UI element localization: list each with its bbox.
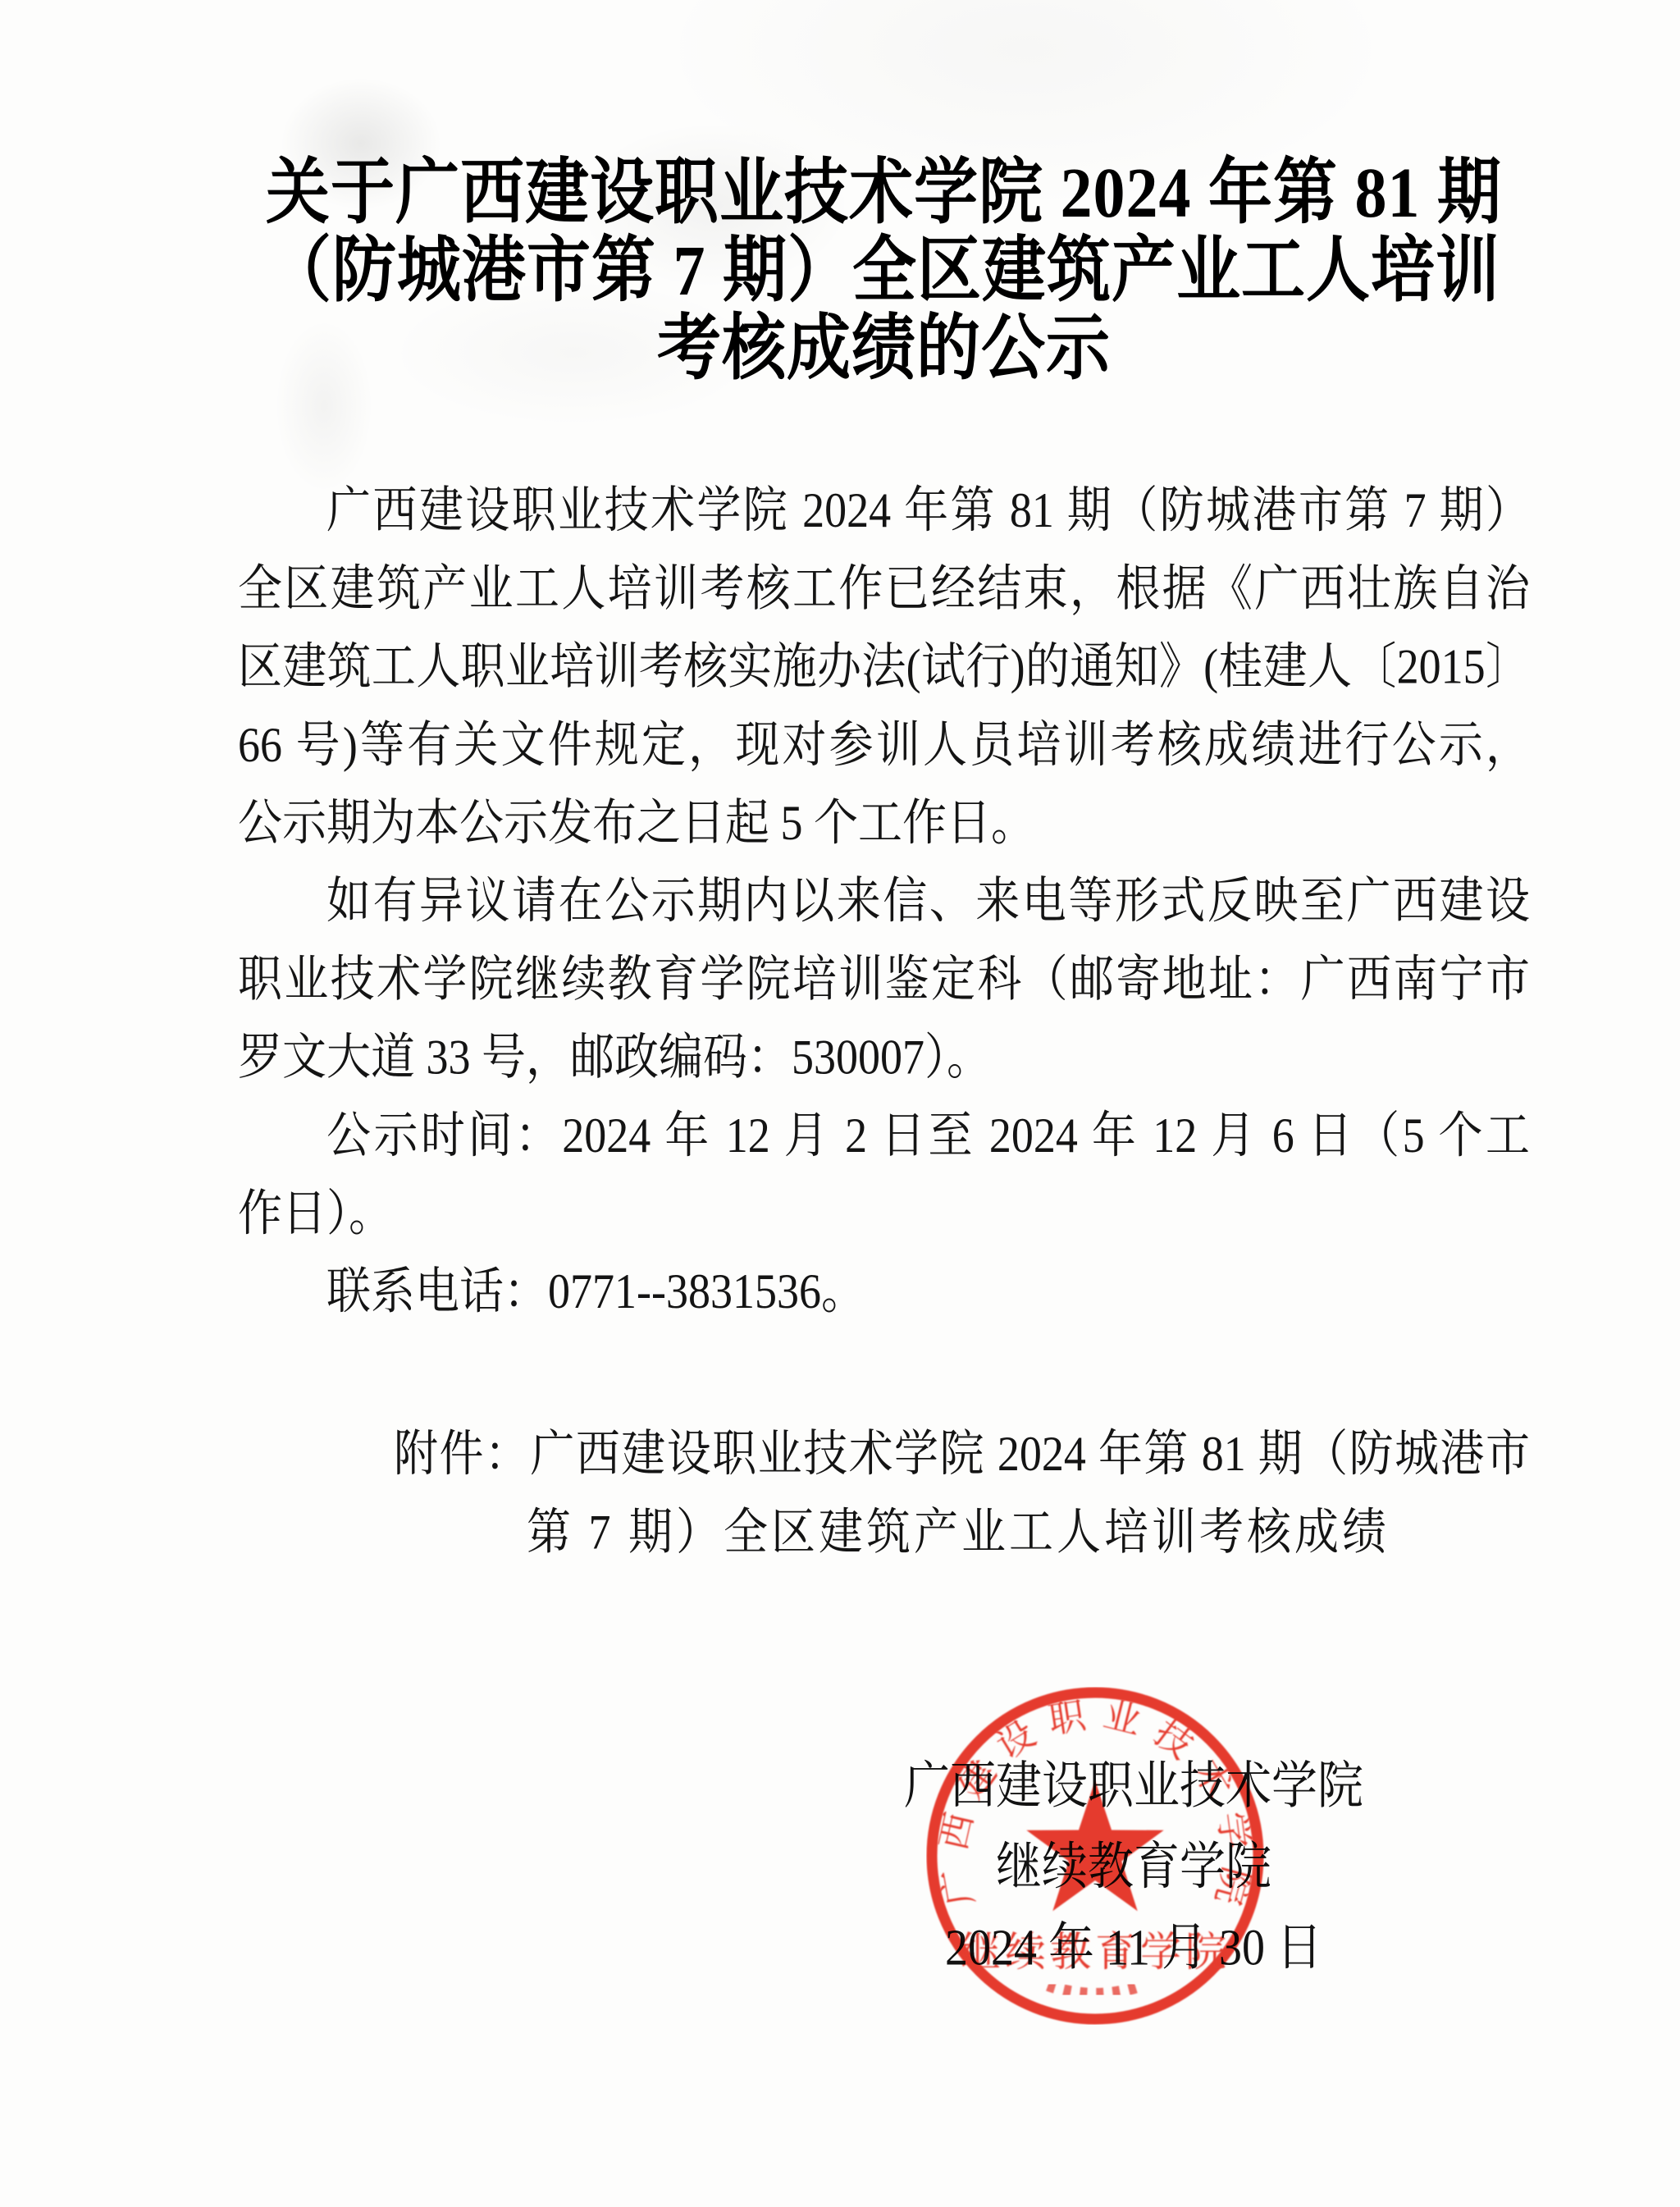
attachment-line-1: 附件：广西建设职业技术学院 2024 年第 81 期（防城港市 bbox=[238, 1415, 1530, 1493]
paragraph3-line2: 作日）。 bbox=[238, 1175, 1530, 1253]
paragraph2-line2: 职业技术学院继续教育学院培训鉴定科（邮寄地址：广西南宁市 bbox=[238, 940, 1530, 1018]
official-seal-stamp: 广西建设职业技术学院 继续教育学院 bbox=[926, 1687, 1264, 2025]
paragraph2-line1: 如有异议请在公示期内以来信、来电等形式反映至广西建设 bbox=[238, 862, 1530, 940]
attachment-line-2: 第 7 期）全区建筑产业工人培训考核成绩 bbox=[238, 1493, 1530, 1571]
attachment-note: 附件：广西建设职业技术学院 2024 年第 81 期（防城港市 第 7 期）全区… bbox=[238, 1415, 1530, 1571]
seal-serial-mark bbox=[1048, 1985, 1143, 1994]
title-line-1: 关于广西建设职业技术学院 2024 年第 81 期 bbox=[238, 149, 1530, 227]
title-line-2: （防城港市第 7 期）全区建筑产业工人培训 bbox=[238, 227, 1530, 305]
contact-phone-line: 联系电话：0771--3831536。 bbox=[238, 1253, 1530, 1331]
paragraph1-line5: 公示期为本公示发布之日起 5 个工作日。 bbox=[238, 784, 1530, 862]
paragraph1-line4: 66 号)等有关文件规定，现对参训人员培训考核成绩进行公示， bbox=[238, 706, 1530, 784]
document-title: 关于广西建设职业技术学院 2024 年第 81 期 （防城港市第 7 期）全区建… bbox=[238, 149, 1530, 384]
paragraph2-line3: 罗文大道 33 号，邮政编码：530007）。 bbox=[238, 1018, 1530, 1096]
paragraph1-line1: 广西建设职业技术学院 2024 年第 81 期（防城港市第 7 期） bbox=[238, 472, 1530, 550]
seal-star-icon bbox=[1026, 1780, 1163, 1911]
document-body: 广西建设职业技术学院 2024 年第 81 期（防城港市第 7 期） 全区建筑产… bbox=[238, 472, 1530, 1331]
paragraph3-line1: 公示时间：2024 年 12 月 2 日至 2024 年 12 月 6 日（5 … bbox=[238, 1097, 1530, 1175]
seal-center-text: 继续教育学院 bbox=[960, 1929, 1230, 1975]
paragraph1-line2: 全区建筑产业工人培训考核工作已经结束，根据《广西壮族自治 bbox=[238, 550, 1530, 628]
paragraph1-line3: 区建筑工人职业培训考核实施办法(试行)的通知》(桂建人〔2015〕 bbox=[238, 628, 1530, 706]
title-line-3: 考核成绩的公示 bbox=[238, 305, 1530, 383]
document-page: 关于广西建设职业技术学院 2024 年第 81 期 （防城港市第 7 期）全区建… bbox=[0, 0, 1680, 2207]
